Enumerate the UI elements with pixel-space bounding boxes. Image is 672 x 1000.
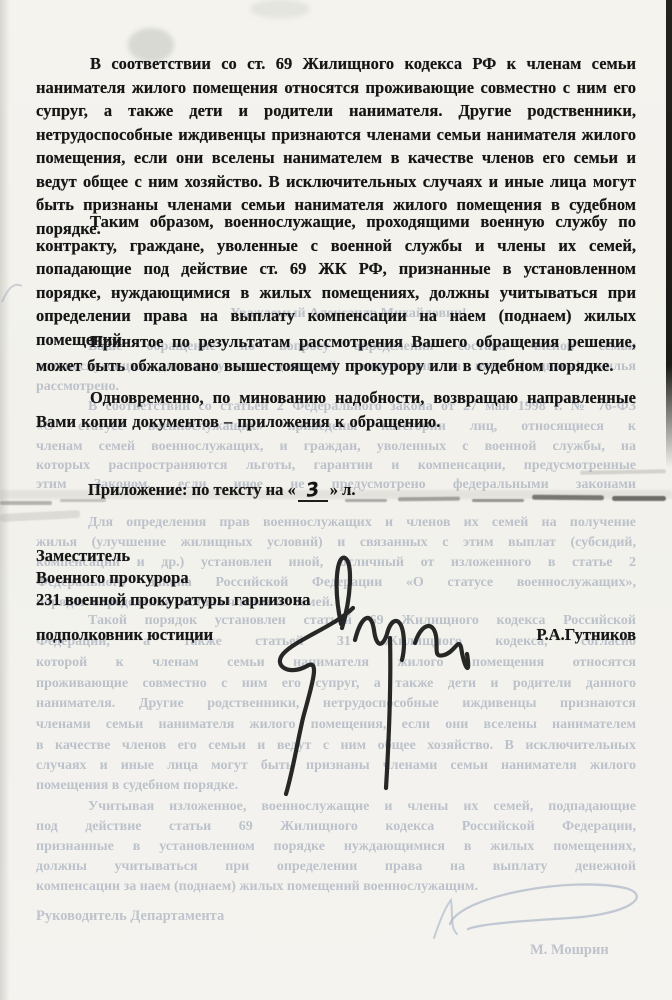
right-edge-scan-strip: [666, 0, 672, 468]
signer-rank: подполковник юстиции: [36, 625, 213, 644]
bleed-line: которых распространяются льготы, гаранти…: [36, 457, 636, 475]
left-edge-shadow: [0, 0, 10, 1000]
bleed-line: Для определения прав военнослужащих и чл…: [36, 514, 636, 532]
bleed-line: Учитывая изложенное, военнослужащие и чл…: [36, 798, 636, 816]
faint-footer-signature-icon: [420, 872, 660, 952]
crease-smudge: [472, 499, 524, 502]
bleed-line: членам семей военнослужащих, и граждан, …: [36, 438, 636, 456]
scanned-letter-page: Уважаемый Александр Михайлович!Ваше обра…: [0, 0, 672, 1000]
paragraph-appeal-rights: Принятое по результатам рассмотрения Ваш…: [36, 330, 636, 377]
attachment-suffix: » л.: [330, 480, 356, 499]
crease-smudge: [398, 497, 460, 502]
attachment-prefix: Приложение: по тексту на «: [88, 480, 296, 499]
signer-name: Р.А.Гутников: [537, 625, 636, 645]
bleed-line: под действие статьи 69 Жилищного кодекса…: [36, 818, 636, 836]
crease-smudge: [0, 501, 52, 505]
attachment-line: Приложение: по тексту на «3» л.: [88, 478, 356, 502]
paragraph-documents-returned: Одновременно, по минованию надобности, в…: [36, 386, 636, 433]
bleed-line: признанные в установленном порядке нужда…: [36, 838, 636, 856]
bleed-footer-role: Руководитель Департамента: [36, 908, 224, 925]
faint-emblem-blob: [250, 0, 310, 18]
crease-smudge: [532, 495, 604, 501]
attachment-count-handwritten: 3: [305, 478, 321, 502]
margin-pen-mark-icon: [0, 276, 30, 310]
crease-smudge: [612, 496, 666, 501]
signature-ink-icon: [255, 548, 485, 798]
attachment-count-slot: 3: [298, 478, 328, 502]
